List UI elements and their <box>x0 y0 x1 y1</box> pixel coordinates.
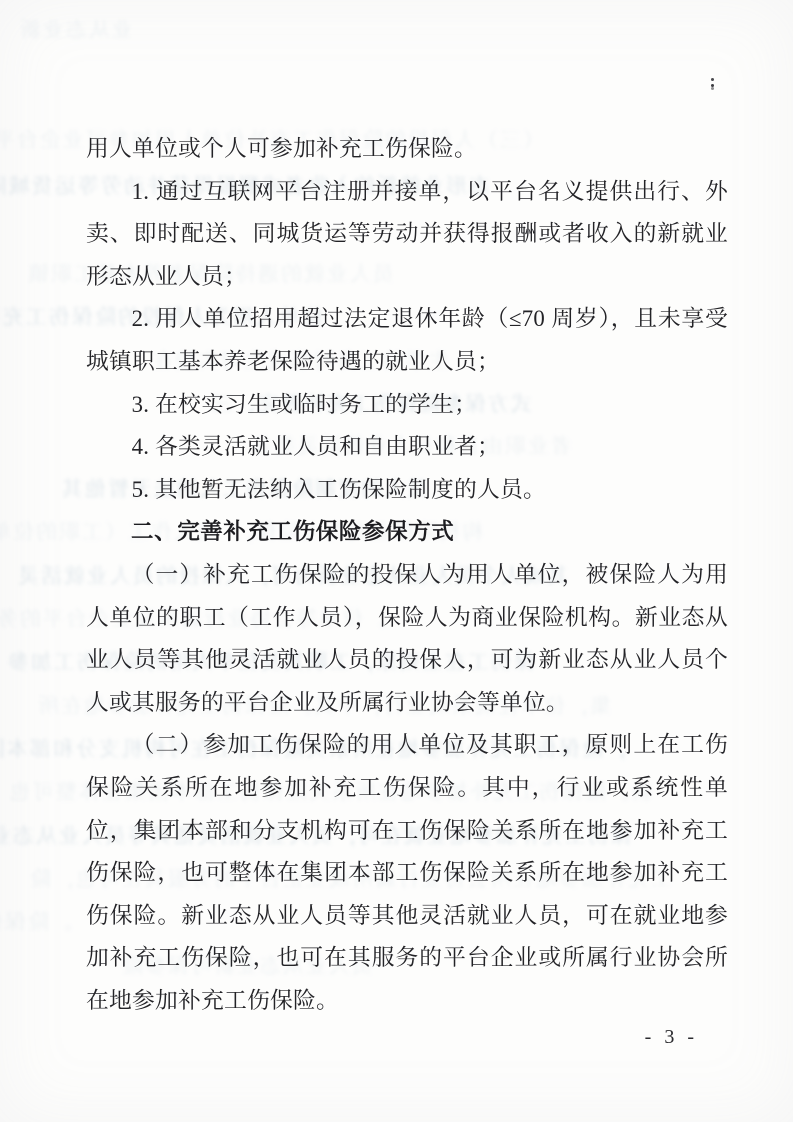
list-item-4: 4. 各类灵活就业人员和自由职业者； <box>86 426 728 469</box>
section-heading: 二、完善补充工伤保险参保方式 <box>86 511 728 554</box>
paragraph-two: （二）参加工伤保险的用人单位及其职工，原则上在工伤保险关系所在地参加补充工伤保险… <box>86 724 728 1022</box>
document-body: 用人单位或个人可参加补充工伤保险。 1. 通过互联网平台注册并接单，以平台名义提… <box>86 128 728 1022</box>
paragraph-continuation: 用人单位或个人可参加补充工伤保险。 <box>86 128 728 171</box>
scan-speck <box>711 78 714 81</box>
bleedthrough-text: 。险保伤 <box>0 906 72 936</box>
document-page: 业从态业新 （三）人保投的险保伤工充补位单人用加参可业企台平 态形业就新的入收者… <box>0 0 793 1122</box>
paragraph-one: （一）补充工伤保险的投保人为用人单位，被保险人为用人单位的职工（工作人员），保险… <box>86 554 728 724</box>
list-item-2: 2. 用人单位招用超过法定退休年龄（≤70 周岁），且未享受城镇职工基本养老保险… <box>86 298 728 383</box>
list-item-1: 1. 通过互联网平台注册并接单，以平台名义提供出行、外卖、即时配送、同城货运等劳… <box>86 171 728 299</box>
bleedthrough-text: 业从态业新 <box>18 14 133 44</box>
list-item-5: 5. 其他暂无法纳入工伤保险制度的人员。 <box>86 469 728 512</box>
page-number: - 3 - <box>645 1026 698 1049</box>
list-item-3: 3. 在校实习生或临时务工的学生； <box>86 384 728 427</box>
